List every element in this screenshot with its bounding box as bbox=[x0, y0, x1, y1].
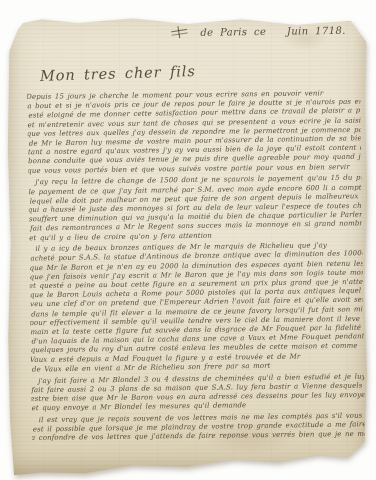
dateline-place: de Paris ce bbox=[200, 27, 266, 39]
paper-sheet: de Paris ce Juin 1718. Mon tres cher fil… bbox=[5, 9, 369, 477]
scanned-letter-page: de Paris ce Juin 1718. Mon tres cher fil… bbox=[0, 0, 376, 480]
dateline: de Paris ce Juin 1718. bbox=[200, 26, 346, 39]
letter-header: de Paris ce Juin 1718. bbox=[26, 22, 359, 42]
dateline-date: Juin 1718. bbox=[287, 26, 346, 38]
cross-icon bbox=[173, 25, 185, 38]
letter-body: Depuis 15 jours je cherche le moment pou… bbox=[27, 89, 365, 452]
letter-content: de Paris ce Juin 1718. Mon tres cher fil… bbox=[5, 6, 375, 479]
aged-paper: de Paris ce Juin 1718. Mon tres cher fil… bbox=[5, 9, 369, 477]
salutation: Mon tres cher fils bbox=[40, 59, 360, 85]
